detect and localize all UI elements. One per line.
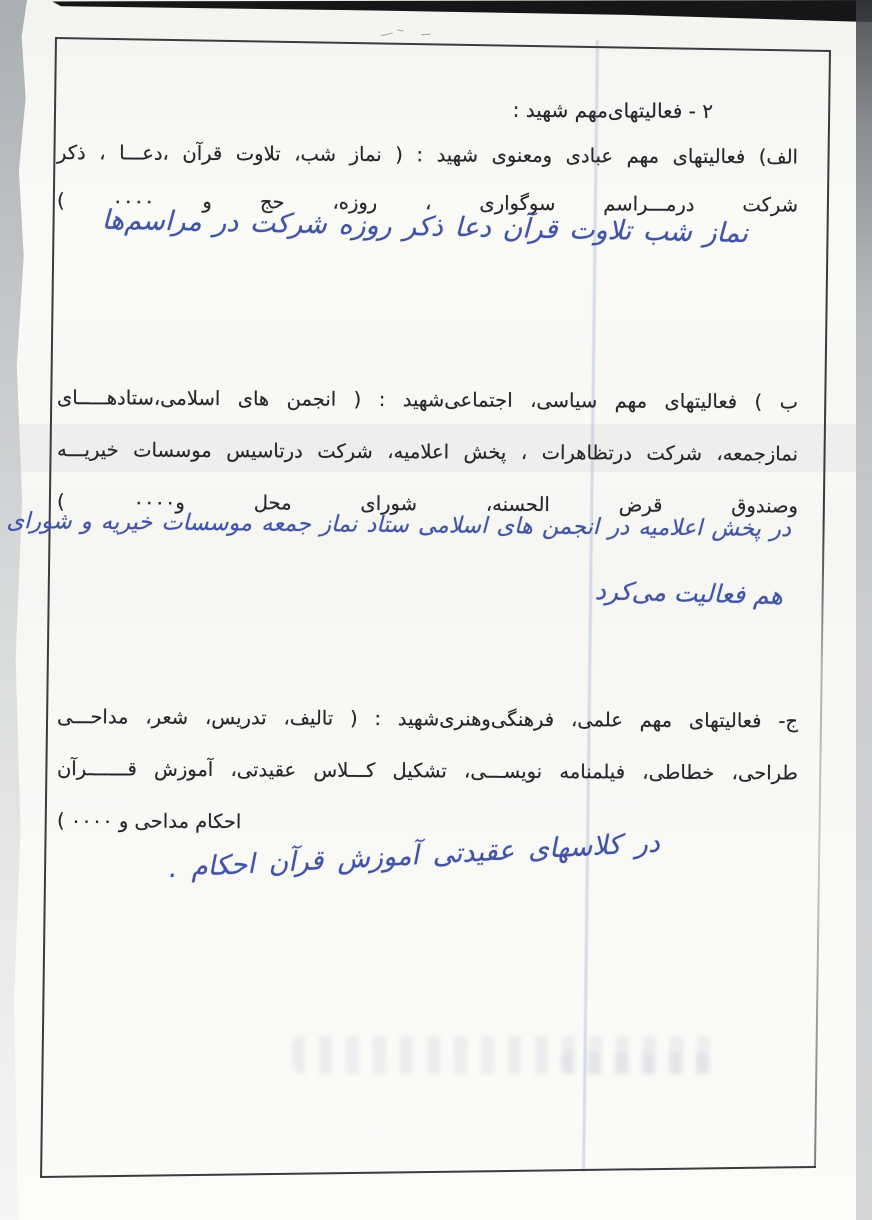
page-border-left bbox=[40, 37, 57, 1178]
handwritten-answer-be-line2: هم فعالیت می‌کرد bbox=[548, 575, 784, 610]
printed-line-jim-3: احکام مداحی و ۰۰۰۰ ) bbox=[57, 806, 357, 838]
printed-line-be-2: نمازجمعه، شرکت درتظاهرات ، پخش اعلامیه، … bbox=[57, 435, 798, 470]
page-heading: ۲ - فعالیتهای‌مهم شهید : bbox=[57, 92, 713, 126]
printed-line-be-1: ب ) فعالیتهای مهم سیاسی، اجتماعی‌شهید : … bbox=[57, 383, 798, 418]
ink-showthrough-smudge bbox=[560, 1052, 710, 1074]
pencil-mark bbox=[397, 23, 404, 32]
printed-line-alef-1: الف) فعالیتهای مهم عبادی ومعنوی شهید : (… bbox=[57, 138, 798, 173]
torn-paper-edge-left bbox=[0, 0, 27, 1220]
scan-edge-right-shadow bbox=[856, 0, 872, 1220]
page-border-bottom bbox=[40, 1166, 816, 1178]
pencil-mark bbox=[379, 26, 393, 37]
scanned-document-page: ۲ - فعالیتهای‌مهم شهید : الف) فعالیتهای … bbox=[0, 0, 872, 1220]
printed-line-jim-2: طراحی، خطاطی، فیلمنامه نویســـی، تشکیل ک… bbox=[57, 754, 798, 789]
scan-edge-top-shadow bbox=[0, 0, 872, 24]
pencil-mark bbox=[421, 27, 431, 36]
printed-line-jim-1: ج- فعالیتهای مهم علمی، فرهنگی‌وهنری‌شهید… bbox=[57, 702, 798, 737]
page-border-right bbox=[814, 50, 831, 1168]
page-border-top bbox=[55, 37, 831, 52]
